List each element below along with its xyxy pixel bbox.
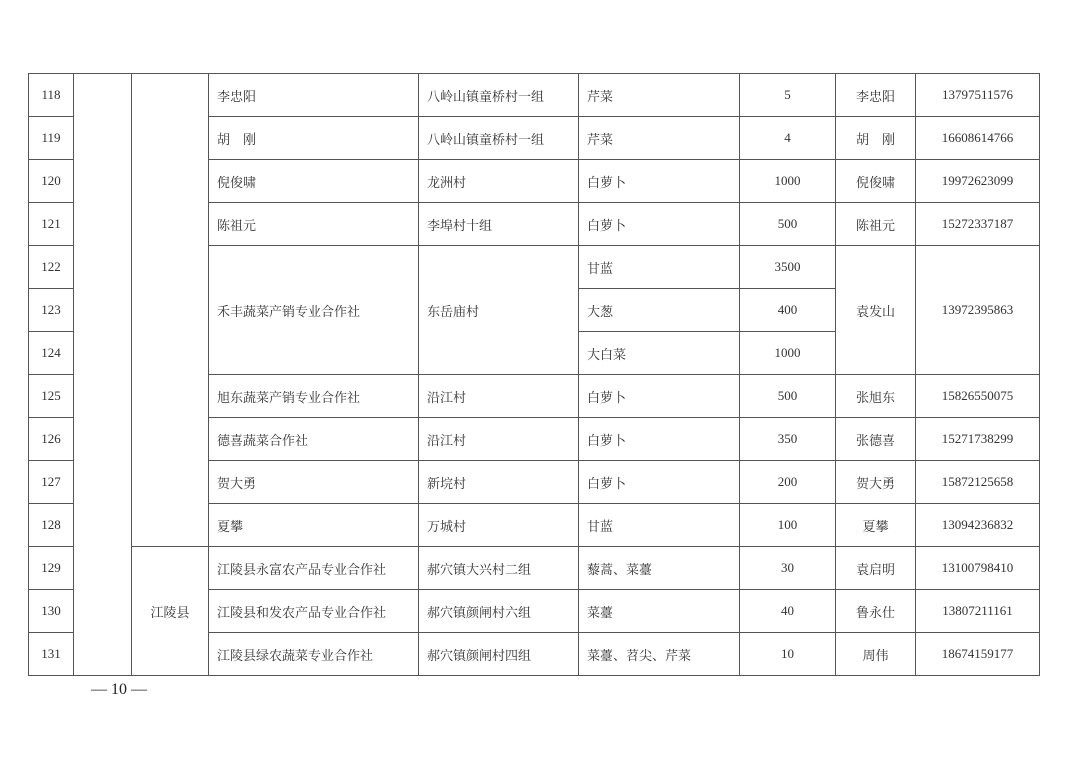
quantity: 350 <box>740 418 836 461</box>
entity-name: 江陵县和发农产品专业合作社 <box>209 590 419 633</box>
quantity: 5 <box>740 74 836 117</box>
row-number: 129 <box>29 547 74 590</box>
quantity: 10 <box>740 633 836 676</box>
row-number: 131 <box>29 633 74 676</box>
row-number: 130 <box>29 590 74 633</box>
contact-person: 贺大勇 <box>836 461 916 504</box>
product: 白萝卜 <box>579 418 740 461</box>
entity-name: 倪俊啸 <box>209 160 419 203</box>
address: 东岳庙村 <box>419 246 579 375</box>
row-number: 123 <box>29 289 74 332</box>
entity-name: 贺大勇 <box>209 461 419 504</box>
quantity: 30 <box>740 547 836 590</box>
contact-person: 陈祖元 <box>836 203 916 246</box>
quantity: 100 <box>740 504 836 547</box>
row-number: 124 <box>29 332 74 375</box>
quantity: 400 <box>740 289 836 332</box>
address: 沿江村 <box>419 418 579 461</box>
address: 郝穴镇颜闸村四组 <box>419 633 579 676</box>
contact-person: 李忠阳 <box>836 74 916 117</box>
phone: 15872125658 <box>916 461 1040 504</box>
contact-person: 夏攀 <box>836 504 916 547</box>
phone: 15272337187 <box>916 203 1040 246</box>
phone: 13797511576 <box>916 74 1040 117</box>
address: 八岭山镇童桥村一组 <box>419 74 579 117</box>
address: 八岭山镇童桥村一组 <box>419 117 579 160</box>
contact-person: 胡 刚 <box>836 117 916 160</box>
table-row: 129 江陵县 江陵县永富农产品专业合作社 郝穴镇大兴村二组 藜蒿、菜薹 30 … <box>29 547 1040 590</box>
row-number: 120 <box>29 160 74 203</box>
address: 龙洲村 <box>419 160 579 203</box>
entity-name: 江陵县绿农蔬菜专业合作社 <box>209 633 419 676</box>
vegetable-supply-table: 118 李忠阳 八岭山镇童桥村一组 芹菜 5 李忠阳 13797511576 1… <box>28 73 1040 676</box>
row-number: 119 <box>29 117 74 160</box>
product: 白萝卜 <box>579 203 740 246</box>
address: 沿江村 <box>419 375 579 418</box>
phone: 18674159177 <box>916 633 1040 676</box>
product: 大白菜 <box>579 332 740 375</box>
row-number: 126 <box>29 418 74 461</box>
contact-person: 张德喜 <box>836 418 916 461</box>
contact-person: 张旭东 <box>836 375 916 418</box>
quantity: 4 <box>740 117 836 160</box>
address: 郝穴镇颜闸村六组 <box>419 590 579 633</box>
city-cell <box>74 74 132 676</box>
address: 郝穴镇大兴村二组 <box>419 547 579 590</box>
address: 万城村 <box>419 504 579 547</box>
phone: 13807211161 <box>916 590 1040 633</box>
row-number: 122 <box>29 246 74 289</box>
quantity: 3500 <box>740 246 836 289</box>
address: 新垸村 <box>419 461 579 504</box>
contact-person: 袁启明 <box>836 547 916 590</box>
county-cell: 江陵县 <box>132 547 209 676</box>
product: 芹菜 <box>579 117 740 160</box>
quantity: 500 <box>740 375 836 418</box>
quantity: 40 <box>740 590 836 633</box>
product: 藜蒿、菜薹 <box>579 547 740 590</box>
product: 甘蓝 <box>579 504 740 547</box>
entity-name: 德喜蔬菜合作社 <box>209 418 419 461</box>
product: 甘蓝 <box>579 246 740 289</box>
quantity: 500 <box>740 203 836 246</box>
entity-name: 胡 刚 <box>209 117 419 160</box>
contact-person: 袁发山 <box>836 246 916 375</box>
phone: 16608614766 <box>916 117 1040 160</box>
contact-person: 鲁永仕 <box>836 590 916 633</box>
phone: 13972395863 <box>916 246 1040 375</box>
product: 芹菜 <box>579 74 740 117</box>
row-number: 128 <box>29 504 74 547</box>
quantity: 1000 <box>740 160 836 203</box>
contact-person: 倪俊啸 <box>836 160 916 203</box>
phone: 15826550075 <box>916 375 1040 418</box>
row-number: 121 <box>29 203 74 246</box>
phone: 19972623099 <box>916 160 1040 203</box>
contact-person: 周伟 <box>836 633 916 676</box>
row-number: 127 <box>29 461 74 504</box>
quantity: 200 <box>740 461 836 504</box>
product: 白萝卜 <box>579 375 740 418</box>
product: 白萝卜 <box>579 461 740 504</box>
product: 白萝卜 <box>579 160 740 203</box>
product: 菜薹 <box>579 590 740 633</box>
page-number: — 10 — <box>91 681 147 699</box>
row-number: 118 <box>29 74 74 117</box>
address: 李埠村十组 <box>419 203 579 246</box>
entity-name: 江陵县永富农产品专业合作社 <box>209 547 419 590</box>
product: 菜薹、苕尖、芹菜 <box>579 633 740 676</box>
phone: 13094236832 <box>916 504 1040 547</box>
product: 大葱 <box>579 289 740 332</box>
phone: 13100798410 <box>916 547 1040 590</box>
quantity: 1000 <box>740 332 836 375</box>
entity-name: 陈祖元 <box>209 203 419 246</box>
row-number: 125 <box>29 375 74 418</box>
entity-name: 李忠阳 <box>209 74 419 117</box>
table-row: 118 李忠阳 八岭山镇童桥村一组 芹菜 5 李忠阳 13797511576 <box>29 74 1040 117</box>
entity-name: 禾丰蔬菜产销专业合作社 <box>209 246 419 375</box>
phone: 15271738299 <box>916 418 1040 461</box>
entity-name: 旭东蔬菜产销专业合作社 <box>209 375 419 418</box>
entity-name: 夏攀 <box>209 504 419 547</box>
district-cell <box>132 74 209 547</box>
